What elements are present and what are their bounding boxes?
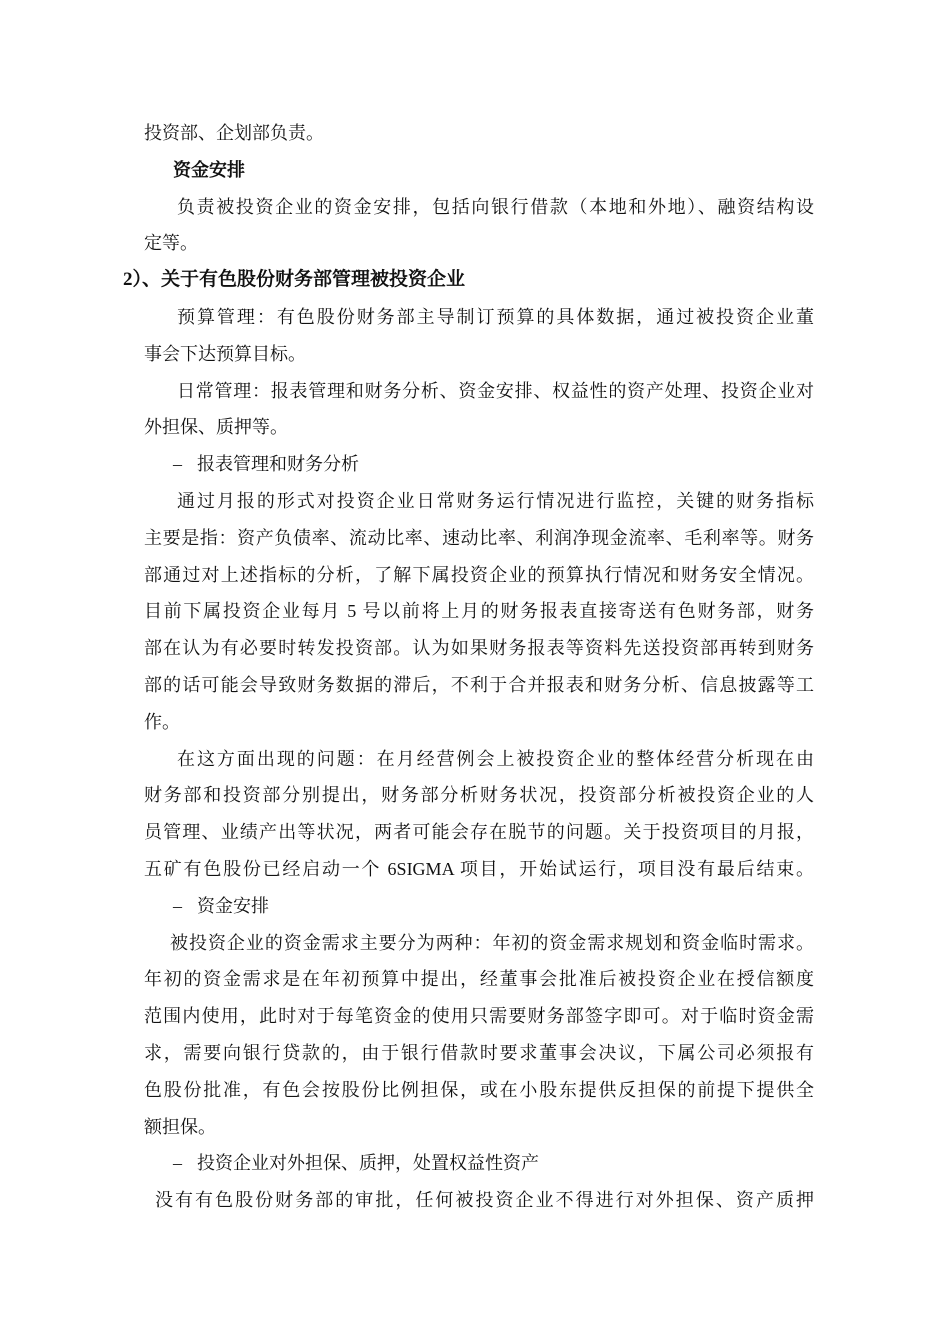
text-line: 定等。 bbox=[144, 225, 814, 262]
paragraph: 负责被投资企业的资金安排，包括向银行借款（本地和外地）、融资结构设定等。 bbox=[144, 189, 814, 263]
text-line: 负责被投资企业的资金安排，包括向银行借款（本地和外地）、融资结构设 bbox=[144, 189, 814, 226]
text-line: 事会下达预算目标。 bbox=[144, 336, 814, 373]
document-content: 投资部、企划部负责。资金安排负责被投资企业的资金安排，包括向银行借款（本地和外地… bbox=[144, 115, 814, 1219]
list-item: –报表管理和财务分析 bbox=[144, 446, 814, 483]
paragraph: 通过月报的形式对投资企业日常财务运行情况进行监控，关键的财务指标主要是指：资产负… bbox=[144, 483, 814, 741]
document-page: 投资部、企划部负责。资金安排负责被投资企业的资金安排，包括向银行借款（本地和外地… bbox=[0, 0, 950, 1344]
paragraph: 在这方面出现的问题：在月经营例会上被投资企业的整体经营分析现在由财务部和投资部分… bbox=[144, 741, 814, 888]
heading: 资金安排 bbox=[144, 152, 814, 189]
list-item-label: 报表管理和财务分析 bbox=[197, 454, 359, 474]
text-line: 五矿有色股份已经启动一个 6SIGMA 项目，开始试运行，项目没有最后结束。 bbox=[144, 851, 814, 888]
paragraph: 日常管理：报表管理和财务分析、资金安排、权益性的资产处理、投资企业对外担保、质押… bbox=[144, 373, 814, 447]
list-item: –资金安排 bbox=[144, 888, 814, 925]
list-item-line: –报表管理和财务分析 bbox=[144, 446, 814, 483]
list-dash-marker: – bbox=[173, 1145, 182, 1182]
numbered-heading: 2）、关于有色股份财务部管理被投资企业 bbox=[144, 262, 814, 299]
text-line: 财务部和投资部分别提出，财务部分析财务状况，投资部分析被投资企业的人 bbox=[144, 777, 814, 814]
text-line: 没有有色股份财务部的审批，任何被投资企业不得进行对外担保、资产质押 bbox=[144, 1182, 814, 1219]
text-line: 目前下属投资企业每月 5 号以前将上月的财务报表直接寄送有色财务部，财务 bbox=[144, 593, 814, 630]
heading-text: 资金安排 bbox=[144, 152, 814, 189]
text-line: 年初的资金需求是在年初预算中提出，经董事会批准后被投资企业在授信额度 bbox=[144, 961, 814, 998]
text-line: 作。 bbox=[144, 704, 814, 741]
text-line: 求，需要向银行贷款的，由于银行借款时要求董事会决议，下属公司必须报有 bbox=[144, 1035, 814, 1072]
text-line: 投资部、企划部负责。 bbox=[144, 115, 814, 152]
text-line: 部通过对上述指标的分析，了解下属投资企业的预算执行情况和财务安全情况。 bbox=[144, 557, 814, 594]
text-line: 员管理、业绩产出等状况，两者可能会存在脱节的问题。关于投资项目的月报， bbox=[144, 814, 814, 851]
list-dash-marker: – bbox=[173, 888, 182, 925]
text-line: 在这方面出现的问题：在月经营例会上被投资企业的整体经营分析现在由 bbox=[144, 741, 814, 778]
text-line: 外担保、质押等。 bbox=[144, 409, 814, 446]
text-line: 日常管理：报表管理和财务分析、资金安排、权益性的资产处理、投资企业对 bbox=[144, 373, 814, 410]
list-item-line: –投资企业对外担保、质押，处置权益性资产 bbox=[144, 1145, 814, 1182]
list-item-label: 投资企业对外担保、质押，处置权益性资产 bbox=[197, 1153, 539, 1173]
text-line: 部的话可能会导致财务数据的滞后，不利于合并报表和财务分析、信息披露等工 bbox=[144, 667, 814, 704]
paragraph: 被投资企业的资金需求主要分为两种：年初的资金需求规划和资金临时需求。年初的资金需… bbox=[144, 925, 814, 1146]
text-line: 色股份批准，有色会按股份比例担保，或在小股东提供反担保的前提下提供全 bbox=[144, 1072, 814, 1109]
paragraph: 没有有色股份财务部的审批，任何被投资企业不得进行对外担保、资产质押 bbox=[144, 1182, 814, 1219]
text-line: 预算管理：有色股份财务部主导制订预算的具体数据，通过被投资企业董 bbox=[144, 299, 814, 336]
text-line: 通过月报的形式对投资企业日常财务运行情况进行监控，关键的财务指标 bbox=[144, 483, 814, 520]
text-line: 主要是指：资产负债率、流动比率、速动比率、利润净现金流率、毛利率等。财务 bbox=[144, 520, 814, 557]
list-item-label: 资金安排 bbox=[197, 896, 269, 916]
text-line: 范围内使用，此时对于每笔资金的使用只需要财务部签字即可。对于临时资金需 bbox=[144, 998, 814, 1035]
list-dash-marker: – bbox=[173, 446, 182, 483]
list-item-line: –资金安排 bbox=[144, 888, 814, 925]
paragraph: 预算管理：有色股份财务部主导制订预算的具体数据，通过被投资企业董事会下达预算目标… bbox=[144, 299, 814, 373]
numbered-heading-text: 2）、关于有色股份财务部管理被投资企业 bbox=[123, 262, 814, 299]
paragraph: 投资部、企划部负责。 bbox=[144, 115, 814, 152]
text-line: 被投资企业的资金需求主要分为两种：年初的资金需求规划和资金临时需求。 bbox=[144, 925, 814, 962]
text-line: 额担保。 bbox=[144, 1109, 814, 1146]
list-item: –投资企业对外担保、质押，处置权益性资产 bbox=[144, 1145, 814, 1182]
text-line: 部在认为有必要时转发投资部。认为如果财务报表等资料先送投资部再转到财务 bbox=[144, 630, 814, 667]
